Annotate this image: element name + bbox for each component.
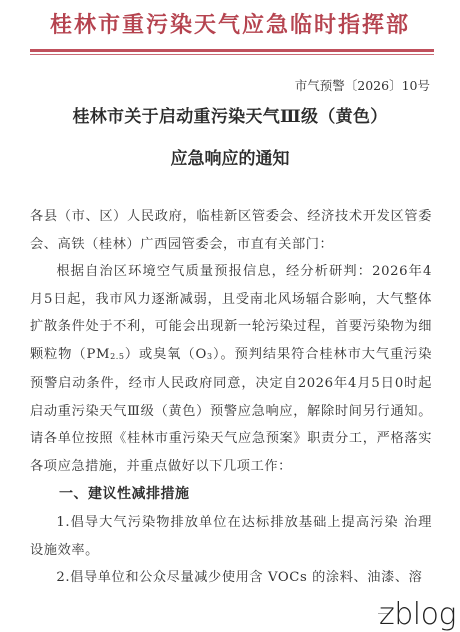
addressee-paragraph: 各县（市、区）人民政府，临桂新区管委会、经济技术开发区管委会、高铁（桂林）广西园… [30, 203, 432, 258]
main-paragraph-part-b: ）或臭氧（O [125, 347, 207, 362]
document-title-line2: 应急响应的通知 [0, 144, 460, 169]
main-paragraph-part-c: ）。预判结果符合桂林市大气重污染预警启动条件，经市人民政府同意，决定自2026年… [30, 347, 432, 474]
org-header-title: 桂林市重污染天气应急临时指挥部 [0, 8, 460, 39]
red-rule-thick [30, 49, 434, 52]
list-item-2: 2.倡导单位和公众尽量减少使用含 VOCs 的涂料、油漆、溶 [30, 564, 432, 592]
list-item-1: 1.倡导大气污染物排放单位在达标排放基础上提高污染 治理设施效率。 [30, 509, 432, 564]
main-paragraph: 根据自治区环境空气质量预报信息，经分析研判：2026年4月5日起，我市风力逐渐减… [30, 258, 432, 480]
document-number: 市气预警〔2026〕10号 [295, 76, 430, 94]
document-title-line1: 桂林市关于启动重污染天气Ⅲ级（黄色） [0, 102, 460, 127]
pm-subscript: 2.5 [110, 352, 125, 361]
watermark: zblog [379, 597, 456, 632]
red-rule-thin [30, 54, 434, 55]
section-heading-1: 一、建议性减排措施 [59, 483, 190, 503]
